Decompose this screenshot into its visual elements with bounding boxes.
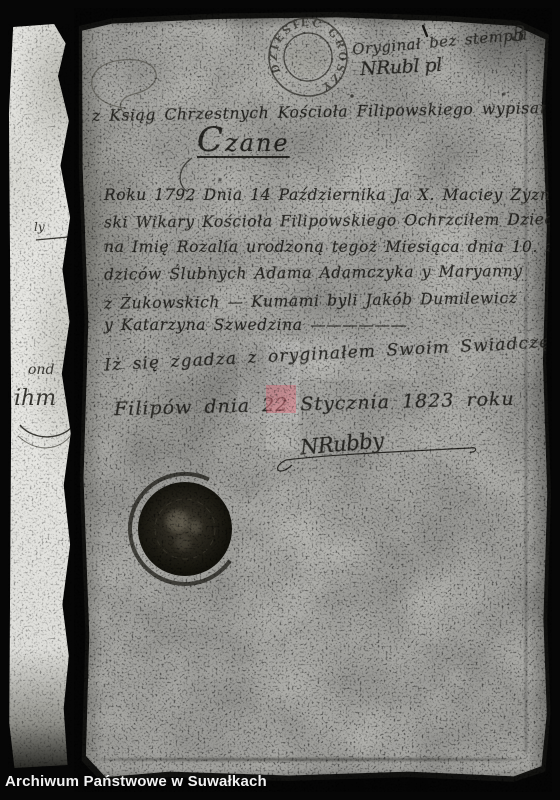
archive-watermark: Archiwum Państwowe w Suwałkach — [5, 773, 267, 790]
decorative-marks — [74, 8, 552, 792]
document-page: DZIESIĘC GROSZY 3 Oryginał bez stempla N… — [74, 8, 552, 792]
margin-flourish — [8, 24, 72, 768]
previous-page-edge: ly ond ihm — [8, 24, 72, 768]
archival-scan: ly ond ihm DZIESIĘC GR — [0, 0, 560, 800]
